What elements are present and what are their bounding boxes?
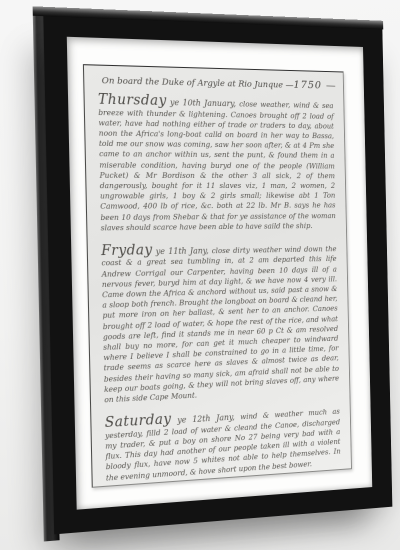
- journal-entry-saturday: Saturday ye 12th Jany, wind & weather mu…: [105, 404, 341, 483]
- frame-front: On board the Duke of Argyle at Rio Junqu…: [43, 13, 392, 534]
- photo-backdrop: On board the Duke of Argyle at Rio Junqu…: [0, 0, 400, 550]
- header-year: 1750 —: [293, 79, 336, 92]
- entry-body: close weather, wind & sea breeze with th…: [98, 99, 336, 232]
- manuscript-header: On board the Duke of Argyle at Rio Junqu…: [102, 74, 332, 92]
- header-location: On board the Duke of Argyle at Rio Junqu…: [102, 76, 294, 91]
- entry-date: ye 11th Jany,: [156, 246, 209, 256]
- mat-board: On board the Duke of Argyle at Rio Junqu…: [67, 37, 372, 510]
- entry-date: ye 10th January,: [170, 98, 236, 108]
- entry-body: close dirty weather wind down the coast …: [101, 244, 339, 404]
- manuscript-page: On board the Duke of Argyle at Rio Junqu…: [83, 64, 352, 488]
- journal-entry-friday: Fryday ye 11th Jany, close dirty weather…: [101, 241, 339, 405]
- picture-frame: On board the Duke of Argyle at Rio Junqu…: [43, 13, 392, 534]
- entry-day: Fryday: [101, 242, 153, 259]
- journal-entry-thursday: Thursday ye 10th January, close weather,…: [98, 93, 336, 233]
- entry-day: Thursday: [98, 91, 167, 109]
